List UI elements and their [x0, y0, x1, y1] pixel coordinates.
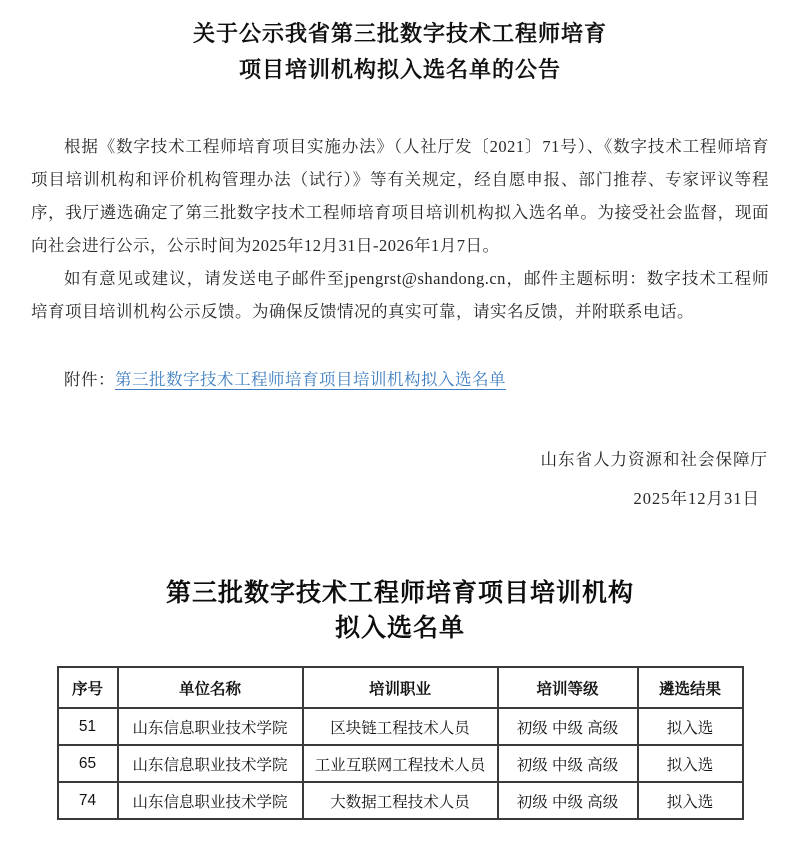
page-title-line1: 关于公示我省第三批数字技术工程师培育	[0, 16, 800, 52]
cell-org: 山东信息职业技术学院	[118, 708, 303, 745]
cell-levels: 初级 中级 高级	[498, 745, 638, 782]
table-row: 65 山东信息职业技术学院 工业互联网工程技术人员 初级 中级 高级 拟入选	[58, 745, 743, 782]
header-org: 单位名称	[118, 667, 303, 708]
cell-seq: 74	[58, 782, 118, 819]
paragraph-basis: 根据《数字技术工程师培育项目实施办法》（人社厅发〔2021〕71号）、《数字技术…	[31, 130, 769, 262]
header-result: 遴选结果	[638, 667, 743, 708]
shortlist-table: 序号 单位名称 培训职业 培训等级 遴选结果 51 山东信息职业技术学院 区块链…	[57, 666, 744, 820]
cell-result: 拟入选	[638, 708, 743, 745]
attachment-line: 附件：第三批数字技术工程师培育项目培训机构拟入选名单	[31, 365, 769, 395]
cell-result: 拟入选	[638, 782, 743, 819]
cell-occupation: 大数据工程技术人员	[303, 782, 498, 819]
page-title: 关于公示我省第三批数字技术工程师培育 项目培训机构拟入选名单的公告	[0, 16, 800, 88]
page-title-line2: 项目培训机构拟入选名单的公告	[0, 52, 800, 88]
attachment-link[interactable]: 第三批数字技术工程师培育项目培训机构拟入选名单	[115, 370, 506, 389]
cell-levels: 初级 中级 高级	[498, 782, 638, 819]
signature-organization: 山东省人力资源和社会保障厅	[0, 445, 800, 475]
cell-levels: 初级 中级 高级	[498, 708, 638, 745]
announcement-body: 根据《数字技术工程师培育项目实施办法》（人社厅发〔2021〕71号）、《数字技术…	[31, 130, 769, 328]
paragraph-feedback: 如有意见或建议，请发送电子邮件至jpengrst@shandong.cn，邮件主…	[31, 262, 769, 328]
shortlist-heading: 第三批数字技术工程师培育项目培训机构 拟入选名单	[0, 576, 800, 646]
cell-org: 山东信息职业技术学院	[118, 745, 303, 782]
header-seq: 序号	[58, 667, 118, 708]
shortlist-heading-line1: 第三批数字技术工程师培育项目培训机构	[0, 576, 800, 611]
header-level: 培训等级	[498, 667, 638, 708]
cell-occupation: 区块链工程技术人员	[303, 708, 498, 745]
signature-block: 山东省人力资源和社会保障厅 2025年12月31日	[0, 445, 800, 514]
table-header-row: 序号 单位名称 培训职业 培训等级 遴选结果	[58, 667, 743, 708]
attachment-label: 附件：	[64, 370, 115, 389]
cell-seq: 65	[58, 745, 118, 782]
shortlist-heading-line2: 拟入选名单	[0, 611, 800, 646]
header-occupation: 培训职业	[303, 667, 498, 708]
cell-result: 拟入选	[638, 745, 743, 782]
cell-org: 山东信息职业技术学院	[118, 782, 303, 819]
table-row: 74 山东信息职业技术学院 大数据工程技术人员 初级 中级 高级 拟入选	[58, 782, 743, 819]
cell-seq: 51	[58, 708, 118, 745]
table-row: 51 山东信息职业技术学院 区块链工程技术人员 初级 中级 高级 拟入选	[58, 708, 743, 745]
signature-date: 2025年12月31日	[0, 484, 800, 514]
announcement-page: 关于公示我省第三批数字技术工程师培育 项目培训机构拟入选名单的公告 根据《数字技…	[0, 0, 800, 841]
cell-occupation: 工业互联网工程技术人员	[303, 745, 498, 782]
